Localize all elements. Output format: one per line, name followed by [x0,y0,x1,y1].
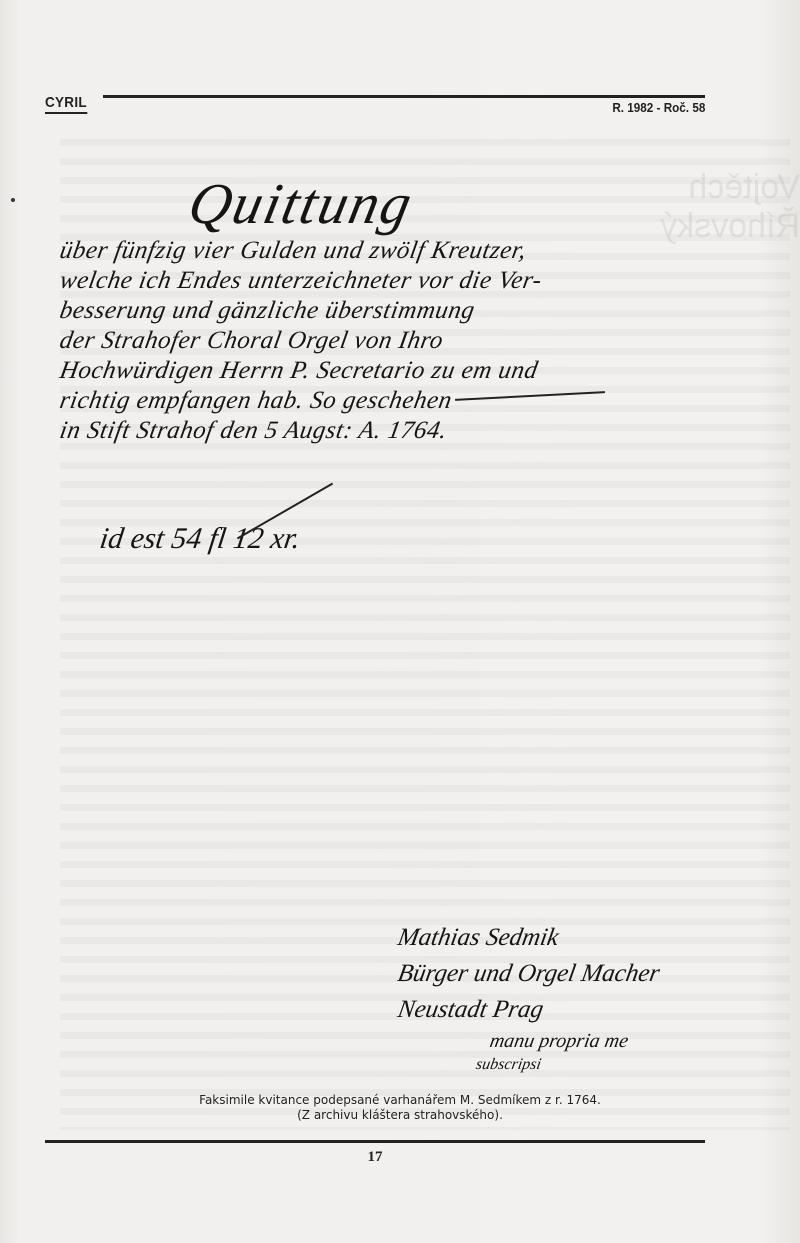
margin-mark [11,198,15,202]
receipt-line: richtig empfangen hab. So geschehen [57,386,544,416]
figure-caption: Faksimile kvitance podepsané varhanářem … [0,1093,800,1123]
signature-subscripsi: subscripsi [396,1054,661,1076]
receipt-line: in Stift Strahof den 5 Augst: A. 1764. [57,416,544,446]
footer-rule [45,1140,705,1143]
caption-line-2: (Z archivu kláštera strahovského). [0,1108,800,1123]
receipt-body: über fünfzig vier Gulden und zwölf Kreut… [60,236,542,446]
receipt-line: welche ich Endes unterzeichneter vor die… [57,266,544,296]
scanned-page: Vojtěch Říhovský CYRIL R. 1982 - Roč. 58… [0,0,800,1243]
receipt-title: Quittung [183,170,419,237]
signature-block: Mathias Sedmik Bürger und Orgel Macher N… [398,920,659,1076]
receipt-line: der Strahofer Choral Orgel von Ihro [57,326,544,356]
issue-info: R. 1982 - Roč. 58 [612,100,705,115]
receipt-line: besserung und gänzliche überstimmung [57,296,544,326]
page-number: 17 [0,1149,750,1166]
signature-attestation: manu propria me [396,1028,662,1054]
journal-name: CYRIL [45,94,87,114]
header-rule [103,95,705,98]
caption-line-1: Faksimile kvitance podepsané varhanářem … [0,1093,800,1108]
receipt-line: Hochwürdigen Herrn P. Secretario zu em u… [57,356,544,386]
running-header: CYRIL R. 1982 - Roč. 58 [45,92,705,116]
reverse-side-title-bleed: Vojtěch Říhovský [560,168,800,246]
signature-name: Mathias Sedmik [395,920,663,956]
receipt-amount: id est 54 fl 12 xr. [98,522,303,556]
signature-title: Bürger und Orgel Macher [395,956,663,992]
receipt-line: über fünfzig vier Gulden und zwölf Kreut… [57,236,544,266]
signature-place: Neustadt Prag [395,992,663,1028]
